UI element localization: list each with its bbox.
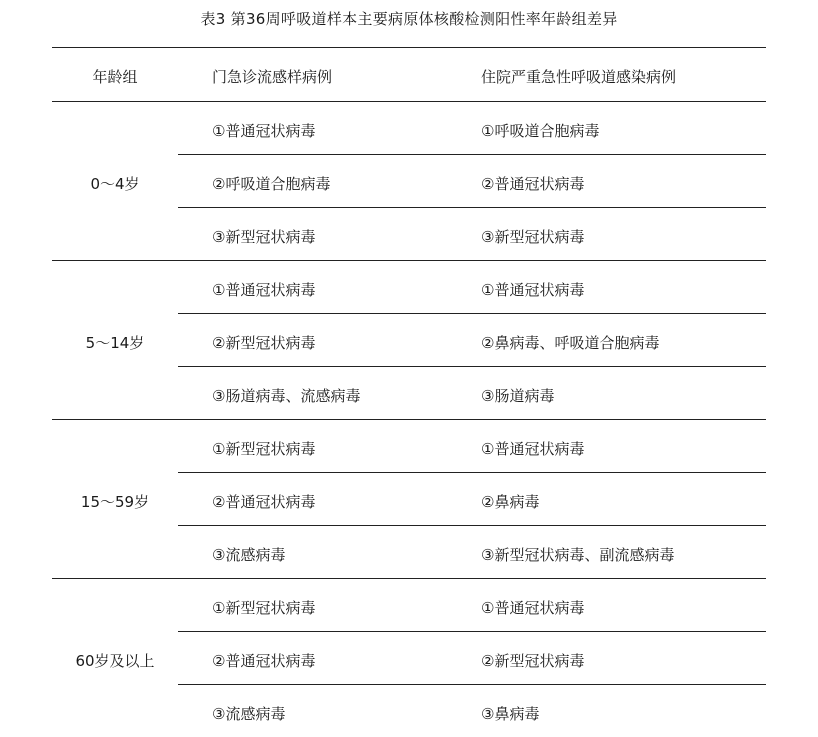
header-inpatient: 住院严重急性呼吸道感染病例 — [481, 67, 676, 87]
outpatient-cell: ②新型冠状病毒 — [212, 333, 315, 353]
group-divider — [52, 419, 766, 420]
table-top-rule — [52, 47, 766, 48]
age-group-label: 0～4岁 — [52, 174, 178, 194]
outpatient-cell: ③流感病毒 — [212, 704, 285, 724]
inpatient-cell: ①普通冠状病毒 — [481, 439, 584, 459]
row-divider — [178, 684, 766, 685]
table-title: 表3 第36周呼吸道样本主要病原体核酸检测阳性率年龄组差异 — [0, 8, 818, 29]
outpatient-cell: ②普通冠状病毒 — [212, 651, 315, 671]
age-group-label: 15～59岁 — [52, 492, 178, 512]
outpatient-cell: ②呼吸道合胞病毒 — [212, 174, 330, 194]
age-group-label: 5～14岁 — [52, 333, 178, 353]
row-divider — [178, 472, 766, 473]
inpatient-cell: ②鼻病毒、呼吸道合胞病毒 — [481, 333, 659, 353]
group-divider — [52, 260, 766, 261]
row-divider — [178, 631, 766, 632]
row-divider — [178, 207, 766, 208]
row-divider — [178, 154, 766, 155]
inpatient-cell: ③肠道病毒 — [481, 386, 554, 406]
outpatient-cell: ①新型冠状病毒 — [212, 439, 315, 459]
outpatient-cell: ①普通冠状病毒 — [212, 280, 315, 300]
header-age-group: 年龄组 — [52, 67, 178, 87]
group-divider — [52, 578, 766, 579]
inpatient-cell: ③新型冠状病毒、副流感病毒 — [481, 545, 674, 565]
outpatient-cell: ②普通冠状病毒 — [212, 492, 315, 512]
inpatient-cell: ①普通冠状病毒 — [481, 598, 584, 618]
outpatient-cell: ①新型冠状病毒 — [212, 598, 315, 618]
inpatient-cell: ②鼻病毒 — [481, 492, 539, 512]
outpatient-cell: ③肠道病毒、流感病毒 — [212, 386, 360, 406]
age-group-label: 60岁及以上 — [52, 651, 178, 671]
row-divider — [178, 313, 766, 314]
inpatient-cell: ②新型冠状病毒 — [481, 651, 584, 671]
inpatient-cell: ③新型冠状病毒 — [481, 227, 584, 247]
row-divider — [178, 525, 766, 526]
outpatient-cell: ①普通冠状病毒 — [212, 121, 315, 141]
header-bottom-rule — [52, 101, 766, 102]
row-divider — [178, 366, 766, 367]
header-outpatient: 门急诊流感样病例 — [212, 67, 332, 87]
outpatient-cell: ③流感病毒 — [212, 545, 285, 565]
outpatient-cell: ③新型冠状病毒 — [212, 227, 315, 247]
inpatient-cell: ①普通冠状病毒 — [481, 280, 584, 300]
inpatient-cell: ②普通冠状病毒 — [481, 174, 584, 194]
inpatient-cell: ①呼吸道合胞病毒 — [481, 121, 599, 141]
inpatient-cell: ③鼻病毒 — [481, 704, 539, 724]
